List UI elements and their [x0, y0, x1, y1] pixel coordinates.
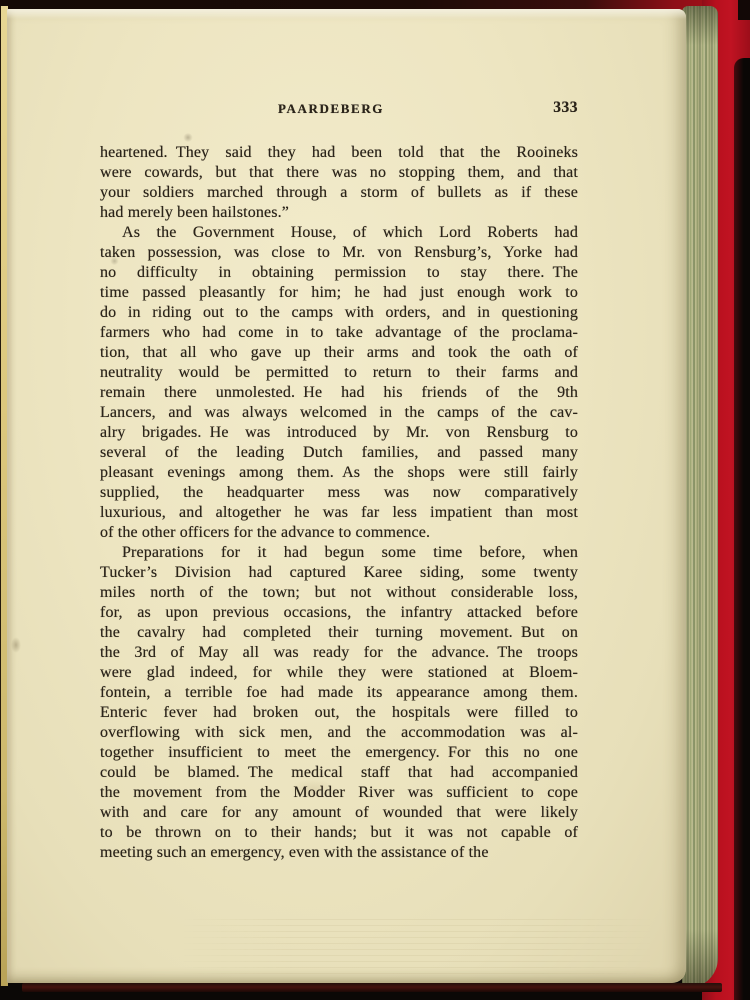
text-line: were glad indeed, for while they were st…: [100, 663, 578, 683]
text-line: the 3rd of May all was ready for the adv…: [100, 643, 578, 663]
text-line: with and care for any amount of wounded …: [100, 803, 578, 823]
text-line: overflowing with sick men, and the accom…: [100, 723, 578, 743]
text-line: taken possession, was close to Mr. von R…: [100, 243, 578, 263]
text-line: Lancers, and was always welcomed in the …: [100, 403, 578, 423]
text-line: no difficulty in obtaining permission to…: [100, 263, 578, 283]
page-top-highlight: [7, 9, 686, 19]
text-line: several of the leading Dutch families, a…: [100, 443, 578, 463]
text-line: do in riding out to the camps with order…: [100, 303, 578, 323]
text-line: remain there unmolested. He had his frie…: [100, 383, 578, 403]
text-line: were cowards, but that there was no stop…: [100, 163, 578, 183]
book-page: PAARDEBERG 333 heartened. They said they…: [7, 9, 686, 983]
text-line: Tucker’s Division had captured Karee sid…: [100, 563, 578, 583]
text-line: the movement from the Modder River was s…: [100, 783, 578, 803]
page-fore-edge-stack: [682, 6, 718, 988]
text-line: Preparations for it had begun some time …: [100, 543, 578, 563]
text-line: meeting such an emergency, even with the…: [100, 843, 578, 863]
text-line: the cavalry had completed their turning …: [100, 623, 578, 643]
running-title: PAARDEBERG: [278, 100, 384, 118]
page-number: 333: [553, 98, 578, 118]
paper-smudge: [11, 637, 21, 653]
text-line: farmers who had come in to take advantag…: [100, 323, 578, 343]
text-line: had merely been hailstones.”: [100, 203, 578, 223]
text-line: luxurious, and altogether he was far les…: [100, 503, 578, 523]
text-line: heartened. They said they had been told …: [100, 143, 578, 163]
paper-smudge: [183, 133, 193, 142]
text-line: alry brigades. He was introduced by Mr. …: [100, 423, 578, 443]
text-line: neutrality would be permitted to return …: [100, 363, 578, 383]
book-scan: PAARDEBERG 333 heartened. They said they…: [0, 0, 750, 1000]
text-line: of the other officers for the advance to…: [100, 523, 578, 543]
text-line: tion, that all who gave up their arms an…: [100, 343, 578, 363]
book-cover-bottom-edge: [22, 983, 722, 992]
text-line: fontein, a terrible foe had made its app…: [100, 683, 578, 703]
text-line: time passed pleasantly for him; he had j…: [100, 283, 578, 303]
text-line: to be thrown on to their hands; but it w…: [100, 823, 578, 843]
text-line: miles north of the town; but not without…: [100, 583, 578, 603]
running-header: PAARDEBERG 333: [100, 100, 578, 120]
page-bottom-edge-streaks: [177, 919, 657, 977]
text-line: for, as upon previous occasions, the inf…: [100, 603, 578, 623]
text-line: could be blamed. The medical staff that …: [100, 763, 578, 783]
text-line: Enteric fever had broken out, the hospit…: [100, 703, 578, 723]
text-line: pleasant evenings among them. As the sho…: [100, 463, 578, 483]
text-line: together insufficient to meet the emerge…: [100, 743, 578, 763]
background-corner: [738, 0, 750, 20]
text-line: your soldiers marched through a storm of…: [100, 183, 578, 203]
text-line: supplied, the headquarter mess was now c…: [100, 483, 578, 503]
background-shadow-right: [734, 58, 750, 1000]
text-line: As the Government House, of which Lord R…: [100, 223, 578, 243]
text-block: heartened. They said they had been told …: [100, 143, 578, 863]
